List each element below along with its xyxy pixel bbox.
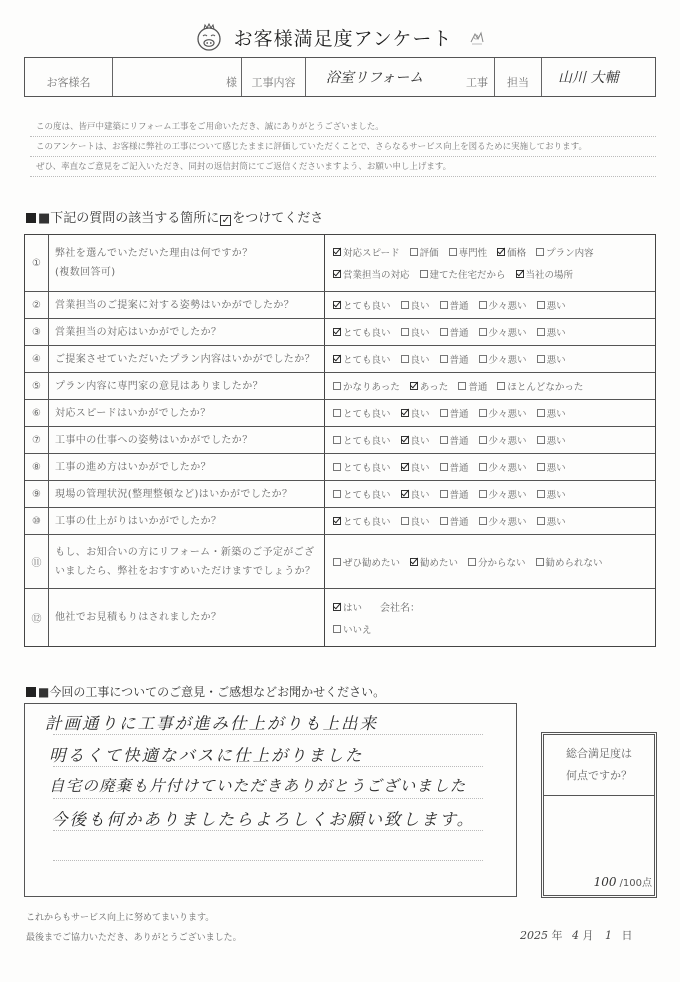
checkbox-unchecked-icon[interactable] (440, 301, 448, 309)
checkbox-option[interactable]: プラン内容 (536, 245, 594, 259)
option-label: 悪い (547, 487, 566, 501)
survey-row-4: ④ご提案させていただいたプラン内容はいかがでしたか？とても良い良い普通少々悪い悪… (25, 346, 655, 373)
option-label: 良い (411, 433, 430, 447)
checkbox-checked-icon[interactable] (516, 270, 524, 278)
option-label: 良い (411, 325, 430, 339)
staff-field[interactable]: 山川 大輔 (542, 58, 655, 96)
checkbox-option[interactable]: 良い (401, 514, 430, 528)
checkbox-option[interactable]: 良い (401, 352, 430, 366)
survey-row-8: ⑧工事の進め方はいかがでしたか？とても良い良い普通少々悪い悪い (25, 454, 655, 481)
survey-row-5: ⑤プラン内容に専門家の意見はありましたか？かなりあったあった普通ほとんどなかった (25, 373, 655, 400)
checkbox-unchecked-icon[interactable] (537, 490, 545, 498)
checkbox-unchecked-icon[interactable] (440, 328, 448, 336)
checkbox-option[interactable]: 普通 (440, 460, 469, 474)
question-number: ④ (25, 346, 49, 372)
option-line: とても良い良い普通少々悪い悪い (333, 402, 655, 424)
question-text-cell: 他社でお見積もりはされましたか？ (49, 589, 325, 646)
checkbox-checked-icon[interactable] (401, 436, 409, 444)
option-label: とても良い (343, 460, 391, 474)
ruled-line (53, 830, 483, 831)
checkbox-option[interactable]: 悪い (537, 460, 566, 474)
option-line: とても良い良い普通少々悪い悪い (333, 456, 655, 478)
checkbox-option[interactable]: とても良い (333, 406, 391, 420)
option-label: 良い (411, 406, 430, 420)
checkbox-unchecked-icon[interactable] (333, 463, 341, 471)
checkbox-unchecked-icon[interactable] (440, 490, 448, 498)
option-label: 少々悪い (489, 352, 527, 366)
survey-row-1: ①弊社を選んでいただいた理由は何ですか？(複数回答可)対応スピード評価専門性価格… (25, 235, 655, 292)
checkbox-option[interactable]: 悪い (537, 406, 566, 420)
option-label: 勧めたい (420, 555, 458, 569)
question-text: 営業担当の対応はいかがでしたか？ (55, 323, 324, 342)
answer-options: とても良い良い普通少々悪い悪い (325, 508, 655, 534)
question-text-cell: 工事の仕上がりはいかがでしたか？ (49, 508, 325, 534)
checkbox-unchecked-icon[interactable] (440, 436, 448, 444)
checkbox-option[interactable]: 良い (401, 460, 430, 474)
square-bullet-icon (26, 687, 36, 697)
page-title: お客様満足度アンケート (234, 24, 453, 51)
checkbox-option[interactable]: いいえ (333, 622, 372, 636)
checkbox-unchecked-icon[interactable] (537, 436, 545, 444)
answer-options: とても良い良い普通少々悪い悪い (325, 400, 655, 426)
question-text-cell: 現場の管理状況(整理整頓など)はいかがでしたか？ (49, 481, 325, 507)
checkbox-unchecked-icon[interactable] (440, 355, 448, 363)
option-label: 普通 (450, 433, 469, 447)
checkbox-unchecked-icon[interactable] (479, 517, 487, 525)
option-label: 価格 (507, 245, 526, 259)
date-field[interactable]: 2025 年 4 月 1 日 (520, 927, 633, 943)
question-subtext: (複数回答可) (55, 263, 324, 282)
option-line: とても良い良い普通少々悪い悪い (333, 483, 655, 505)
checkbox-unchecked-icon[interactable] (401, 355, 409, 363)
checkbox-option[interactable]: 対応スピード (333, 245, 400, 259)
question-number: ⑨ (25, 481, 49, 507)
option-label: とても良い (343, 352, 391, 366)
checkbox-option[interactable]: 良い (401, 325, 430, 339)
customer-name-suffix: 様 (226, 74, 237, 90)
option-label: 悪い (547, 406, 566, 420)
option-label: とても良い (343, 433, 391, 447)
customer-info-table: お客様名 様 工事内容 浴室リフォーム 工事 担当 山川 大輔 (24, 57, 656, 97)
answer-options: ぜひ勧めたい勧めたい分からない勧められない (325, 535, 655, 588)
survey-row-9: ⑨現場の管理状況(整理整頓など)はいかがでしたか？とても良い良い普通少々悪い悪い (25, 481, 655, 508)
option-label: 少々悪い (489, 298, 527, 312)
checkbox-unchecked-icon[interactable] (333, 625, 341, 633)
checkbox-option[interactable]: 専門性 (449, 245, 488, 259)
checkbox-option[interactable]: 良い (401, 298, 430, 312)
checkbox-unchecked-icon[interactable] (333, 558, 341, 566)
checkbox-unchecked-icon[interactable] (536, 248, 544, 256)
comment-line-3: 自宅の廃棄も片付けていただきありがとうございました (49, 774, 467, 796)
option-label: 分からない (478, 555, 526, 569)
score-max: /100点 (620, 878, 652, 889)
checkbox-option[interactable]: 普通 (458, 379, 487, 393)
checkbox-option[interactable]: 普通 (440, 406, 469, 420)
option-label: ほとんどなかった (507, 379, 583, 393)
checkbox-checked-icon[interactable] (410, 558, 418, 566)
checkbox-unchecked-icon[interactable] (449, 248, 457, 256)
checkbox-unchecked-icon[interactable] (537, 355, 545, 363)
checkbox-unchecked-icon[interactable] (479, 301, 487, 309)
checkbox-checked-icon[interactable] (333, 248, 341, 256)
answer-options: かなりあったあった普通ほとんどなかった (325, 373, 655, 399)
option-label: 営業担当の対応 (343, 267, 410, 281)
checkbox-unchecked-icon[interactable] (479, 409, 487, 417)
option-line: とても良い良い普通少々悪い悪い (333, 429, 655, 451)
question-text-cell: ご提案させていただいたプラン内容はいかがでしたか？ (49, 346, 325, 372)
checkbox-option[interactable]: はい (333, 600, 362, 614)
overall-score-box: 総合満足度は 何点ですか？ 100/100点 (541, 732, 657, 898)
question-text: 他社でお見積もりはされましたか？ (55, 608, 324, 627)
checkbox-unchecked-icon[interactable] (440, 463, 448, 471)
checkbox-option[interactable]: 価格 (497, 245, 526, 259)
checkbox-checked-icon[interactable] (401, 490, 409, 498)
option-line: とても良い良い普通少々悪い悪い (333, 348, 655, 370)
ruled-line (53, 798, 483, 799)
checkbox-unchecked-icon[interactable] (479, 355, 487, 363)
option-label: 普通 (450, 406, 469, 420)
checkbox-unchecked-icon[interactable] (333, 382, 341, 390)
checkbox-option[interactable]: 普通 (440, 433, 469, 447)
checkbox-option[interactable]: 少々悪い (479, 433, 527, 447)
checkbox-option[interactable]: 評価 (410, 245, 439, 259)
checkbox-option[interactable]: とても良い (333, 352, 391, 366)
survey-row-6: ⑥対応スピードはいかがでしたか？とても良い良い普通少々悪い悪い (25, 400, 655, 427)
footer-line-1: これからもサービス向上に努めてまいります。 (26, 910, 214, 923)
checkbox-option[interactable]: かなりあった (333, 379, 400, 393)
checkbox-option[interactable]: とても良い (333, 433, 391, 447)
date-month: 4 (572, 929, 579, 942)
checkbox-unchecked-icon[interactable] (468, 558, 476, 566)
option-label: 良い (411, 460, 430, 474)
checkbox-option[interactable]: 少々悪い (479, 514, 527, 528)
question-number: ① (25, 235, 49, 291)
decorative-sketch-icon (468, 28, 486, 46)
customer-name-field[interactable]: 様 (113, 58, 242, 96)
checkbox-option[interactable]: とても良い (333, 514, 391, 528)
answer-options: とても良い良い普通少々悪い悪い (325, 481, 655, 507)
question-number: ② (25, 292, 49, 318)
survey-row-11: ⑪もし、お知合いの方にリフォーム・新築のご予定がございましたら、弊社をおすすめい… (25, 535, 655, 589)
answer-options: とても良い良い普通少々悪い悪い (325, 292, 655, 318)
option-label: 普通 (450, 325, 469, 339)
question-number: ⑩ (25, 508, 49, 534)
checkbox-checked-icon[interactable] (333, 517, 341, 525)
option-line: はい会社名： (333, 596, 655, 618)
option-label: 少々悪い (489, 460, 527, 474)
checkbox-unchecked-icon[interactable] (479, 328, 487, 336)
survey-row-2: ②営業担当のご提案に対する姿勢はいかがでしたか？とても良い良い普通少々悪い悪い (25, 292, 655, 319)
answer-options: とても良い良い普通少々悪い悪い (325, 427, 655, 453)
checkbox-option[interactable]: 普通 (440, 298, 469, 312)
option-line: 対応スピード評価専門性価格プラン内容 (333, 241, 655, 263)
checkbox-option[interactable]: 少々悪い (479, 298, 527, 312)
checkbox-unchecked-icon[interactable] (440, 517, 448, 525)
checkbox-unchecked-icon[interactable] (333, 490, 341, 498)
company-name-field[interactable]: 会社名： (380, 599, 420, 614)
option-label: 当社の場所 (526, 267, 574, 281)
option-label: 評価 (420, 245, 439, 259)
option-line: とても良い良い普通少々悪い悪い (333, 294, 655, 316)
option-label: 普通 (450, 514, 469, 528)
option-label: 良い (411, 514, 430, 528)
question-text-cell: 弊社を選んでいただいた理由は何ですか？(複数回答可) (49, 235, 325, 291)
comment-line-1: 計画通りに工事が進み仕上がりも上出来 (45, 710, 378, 734)
option-label: あった (420, 379, 448, 393)
checkbox-option[interactable]: とても良い (333, 325, 391, 339)
work-content-field[interactable]: 浴室リフォーム 工事 (306, 58, 495, 96)
survey-title-bar: お客様満足度アンケート (0, 18, 680, 56)
option-line: ぜひ勧めたい勧めたい分からない勧められない (333, 551, 655, 573)
option-label: 悪い (547, 325, 566, 339)
work-content-label: 工事内容 (242, 58, 306, 96)
checkbox-checked-icon[interactable] (497, 248, 505, 256)
checkbox-option[interactable]: ほとんどなかった (497, 379, 583, 393)
checkbox-unchecked-icon[interactable] (333, 436, 341, 444)
checkbox-option[interactable]: 当社の場所 (516, 267, 574, 281)
intro-line-1: この度は、皆戸中建築にリフォーム工事をご用命いただき、誠にありがとうございました… (30, 117, 656, 137)
option-label: 良い (411, 298, 430, 312)
question-number: ⑤ (25, 373, 49, 399)
customer-name-label: お客様名 (25, 58, 113, 96)
checkbox-checked-icon[interactable] (410, 382, 418, 390)
option-label: 普通 (450, 460, 469, 474)
question-text: 弊社を選んでいただいた理由は何ですか？ (55, 244, 324, 263)
staff-value: 山川 大輔 (558, 67, 618, 87)
question-text: 工事の仕上がりはいかがでしたか？ (55, 512, 324, 531)
checkbox-option[interactable]: 少々悪い (479, 352, 527, 366)
ruled-line (53, 860, 483, 861)
answer-options: はい会社名：いいえ (325, 589, 655, 646)
question-text: もし、お知合いの方にリフォーム・新築のご予定がございましたら、弊社をおすすめいた… (55, 543, 324, 581)
question-text: ご提案させていただいたプラン内容はいかがでしたか？ (55, 350, 324, 369)
date-year: 2025 (520, 929, 548, 942)
option-label: 普通 (450, 487, 469, 501)
checkbox-option[interactable]: とても良い (333, 460, 391, 474)
intro-line-2: このアンケートは、お客様に弊社の工事について感じたままに評価していただくことで、… (30, 137, 656, 157)
option-line: とても良い良い普通少々悪い悪い (333, 510, 655, 532)
question-number: ⑫ (25, 589, 49, 646)
question-text: プラン内容に専門家の意見はありましたか？ (55, 377, 324, 396)
checkbox-option[interactable]: 少々悪い (479, 406, 527, 420)
checkbox-option[interactable]: とても良い (333, 298, 391, 312)
checkbox-option[interactable]: 普通 (440, 487, 469, 501)
checkbox-checked-icon[interactable] (333, 301, 341, 309)
checkbox-unchecked-icon[interactable] (537, 409, 545, 417)
checkbox-option[interactable]: 少々悪い (479, 325, 527, 339)
checkbox-unchecked-icon[interactable] (537, 517, 545, 525)
score-value[interactable]: 100/100点 (594, 874, 652, 889)
option-label: プラン内容 (546, 245, 594, 259)
option-label: とても良い (343, 406, 391, 420)
option-label: 少々悪い (489, 406, 527, 420)
ruled-line (53, 734, 483, 735)
checkbox-option[interactable]: 少々悪い (479, 460, 527, 474)
question-text: 営業担当のご提案に対する姿勢はいかがでしたか？ (55, 296, 324, 315)
option-label: 良い (411, 487, 430, 501)
option-label: 少々悪い (489, 433, 527, 447)
question-text-cell: プラン内容に専門家の意見はありましたか？ (49, 373, 325, 399)
checkbox-option[interactable]: 建てた住宅だから (420, 267, 506, 281)
staff-label: 担当 (495, 58, 542, 96)
checkbox-unchecked-icon[interactable] (333, 409, 341, 417)
checkbox-unchecked-icon[interactable] (410, 248, 418, 256)
footer-line-2: 最後までご協力いただき、ありがとうございました。 (26, 930, 242, 943)
option-label: 専門性 (459, 245, 488, 259)
survey-row-12: ⑫他社でお見積もりはされましたか？はい会社名：いいえ (25, 589, 655, 646)
option-label: とても良い (343, 325, 391, 339)
answer-options: とても良い良い普通少々悪い悪い (325, 454, 655, 480)
checkbox-checked-icon: ✓ (220, 215, 231, 226)
checkbox-option[interactable]: 良い (401, 487, 430, 501)
checkbox-option[interactable]: 悪い (537, 514, 566, 528)
checkbox-unchecked-icon[interactable] (479, 490, 487, 498)
checkbox-unchecked-icon[interactable] (479, 463, 487, 471)
checkbox-checked-icon[interactable] (401, 409, 409, 417)
option-label: 悪い (547, 298, 566, 312)
checkbox-unchecked-icon[interactable] (401, 328, 409, 336)
score-handwritten-value: 100 (594, 875, 617, 889)
option-label: 対応スピード (343, 245, 400, 259)
checkbox-checked-icon[interactable] (333, 328, 341, 336)
square-bullet-icon (26, 213, 36, 223)
checkbox-unchecked-icon[interactable] (440, 409, 448, 417)
comment-line-4: 今後も何かありましたらよろしくお願い致します。 (51, 806, 475, 830)
question-number: ⑦ (25, 427, 49, 453)
survey-row-10: ⑩工事の仕上がりはいかがでしたか？とても良い良い普通少々悪い悪い (25, 508, 655, 535)
question-number: ⑥ (25, 400, 49, 426)
checkbox-unchecked-icon[interactable] (537, 301, 545, 309)
option-label: はい (343, 600, 362, 614)
survey-table: ①弊社を選んでいただいた理由は何ですか？(複数回答可)対応スピード評価専門性価格… (24, 234, 656, 647)
option-label: 少々悪い (489, 325, 527, 339)
option-label: とても良い (343, 298, 391, 312)
option-line: かなりあったあった普通ほとんどなかった (333, 375, 655, 397)
option-label: 少々悪い (489, 514, 527, 528)
checkbox-option[interactable]: 普通 (440, 352, 469, 366)
checkbox-option[interactable]: ぜひ勧めたい (333, 555, 400, 569)
checkbox-option[interactable]: とても良い (333, 487, 391, 501)
question-text-cell: 営業担当の対応はいかがでしたか？ (49, 319, 325, 345)
option-line: 営業担当の対応建てた住宅だから当社の場所 (333, 263, 655, 285)
option-label: 少々悪い (489, 487, 527, 501)
comments-box[interactable]: 計画通りに工事が進み仕上がりも上出来 明るくて快適なバスに仕上がりました 自宅の… (24, 703, 517, 897)
option-label: いいえ (343, 622, 372, 636)
checkbox-option[interactable]: 勧めたい (410, 555, 458, 569)
option-label: 悪い (547, 514, 566, 528)
checkbox-option[interactable]: 悪い (537, 325, 566, 339)
checkbox-option[interactable]: 営業担当の対応 (333, 267, 410, 281)
checkbox-option[interactable]: 少々悪い (479, 487, 527, 501)
checkbox-option[interactable]: 悪い (537, 487, 566, 501)
option-label: 普通 (450, 352, 469, 366)
checkbox-option[interactable]: 悪い (537, 352, 566, 366)
survey-row-7: ⑦工事中の仕事への姿勢はいかがでしたか？とても良い良い普通少々悪い悪い (25, 427, 655, 454)
checkbox-option[interactable]: 良い (401, 433, 430, 447)
option-label: 建てた住宅だから (430, 267, 506, 281)
option-line: いいえ (333, 618, 655, 640)
checkbox-checked-icon[interactable] (333, 355, 341, 363)
option-label: 悪い (547, 460, 566, 474)
intro-line-3: ぜひ、率直なご意見をご記入いただき、同封の返信封筒にてご返信くださいますよう、お… (30, 157, 656, 177)
checkbox-option[interactable]: 勧められない (536, 555, 603, 569)
question-text-cell: 営業担当のご提案に対する姿勢はいかがでしたか？ (49, 292, 325, 318)
answer-options: とても良い良い普通少々悪い悪い (325, 346, 655, 372)
work-content-suffix: 工事 (466, 74, 488, 90)
work-content-value: 浴室リフォーム (326, 67, 423, 87)
date-day: 1 (605, 929, 612, 942)
checkbox-unchecked-icon[interactable] (537, 328, 545, 336)
checkbox-unchecked-icon[interactable] (458, 382, 466, 390)
question-text-cell: 工事の進め方はいかがでしたか？ (49, 454, 325, 480)
checkbox-unchecked-icon[interactable] (401, 301, 409, 309)
option-line: とても良い良い普通少々悪い悪い (333, 321, 655, 343)
option-label: 悪い (547, 352, 566, 366)
question-text: 現場の管理状況(整理整頓など)はいかがでしたか？ (55, 485, 324, 504)
option-label: とても良い (343, 514, 391, 528)
checkbox-checked-icon[interactable] (333, 603, 341, 611)
option-label: 普通 (450, 298, 469, 312)
question-text: 工事の進め方はいかがでしたか？ (55, 458, 324, 477)
question-text: 工事中の仕事への姿勢はいかがでしたか？ (55, 431, 324, 450)
checkbox-unchecked-icon[interactable] (401, 517, 409, 525)
checkbox-option[interactable]: 分からない (468, 555, 526, 569)
comment-line-2: 明るくて快適なバスに仕上がりました (49, 742, 364, 766)
pig-mascot-icon (194, 22, 224, 52)
answer-options: とても良い良い普通少々悪い悪い (325, 319, 655, 345)
question-text: 対応スピードはいかがでしたか？ (55, 404, 324, 423)
question-text-cell: 工事中の仕事への姿勢はいかがでしたか？ (49, 427, 325, 453)
question-text-cell: 対応スピードはいかがでしたか？ (49, 400, 325, 426)
option-label: かなりあった (343, 379, 400, 393)
option-label: 悪い (547, 433, 566, 447)
checkbox-unchecked-icon[interactable] (420, 270, 428, 278)
option-label: 普通 (468, 379, 487, 393)
checkbox-unchecked-icon[interactable] (497, 382, 505, 390)
checkbox-option[interactable]: 普通 (440, 325, 469, 339)
survey-row-3: ③営業担当の対応はいかがでしたか？とても良い良い普通少々悪い悪い (25, 319, 655, 346)
option-label: とても良い (343, 487, 391, 501)
checkbox-option[interactable]: 良い (401, 406, 430, 420)
checkbox-option[interactable]: あった (410, 379, 448, 393)
option-label: ぜひ勧めたい (343, 555, 400, 569)
question-number: ③ (25, 319, 49, 345)
checkbox-option[interactable]: 悪い (537, 298, 566, 312)
answer-options: 対応スピード評価専門性価格プラン内容営業担当の対応建てた住宅だから当社の場所 (325, 235, 655, 291)
checkbox-option[interactable]: 悪い (537, 433, 566, 447)
question-text-cell: もし、お知合いの方にリフォーム・新築のご予定がございましたら、弊社をおすすめいた… (49, 535, 325, 588)
checkbox-checked-icon[interactable] (401, 463, 409, 471)
option-label: 勧められない (546, 555, 603, 569)
checkbox-unchecked-icon[interactable] (536, 558, 544, 566)
checkbox-option[interactable]: 普通 (440, 514, 469, 528)
option-label: 良い (411, 352, 430, 366)
ruled-line (53, 766, 483, 767)
checkbox-checked-icon[interactable] (333, 270, 341, 278)
question-number: ⑪ (25, 535, 49, 588)
questions-heading: ■下記の質問の該当する箇所に✓をつけてくださ (26, 207, 323, 226)
comments-heading: ■今回の工事についてのご意見・ご感想などお聞かせください。 (26, 683, 385, 700)
checkbox-unchecked-icon[interactable] (479, 436, 487, 444)
score-question: 総合満足度は 何点ですか？ (544, 735, 654, 796)
question-number: ⑧ (25, 454, 49, 480)
checkbox-unchecked-icon[interactable] (537, 463, 545, 471)
